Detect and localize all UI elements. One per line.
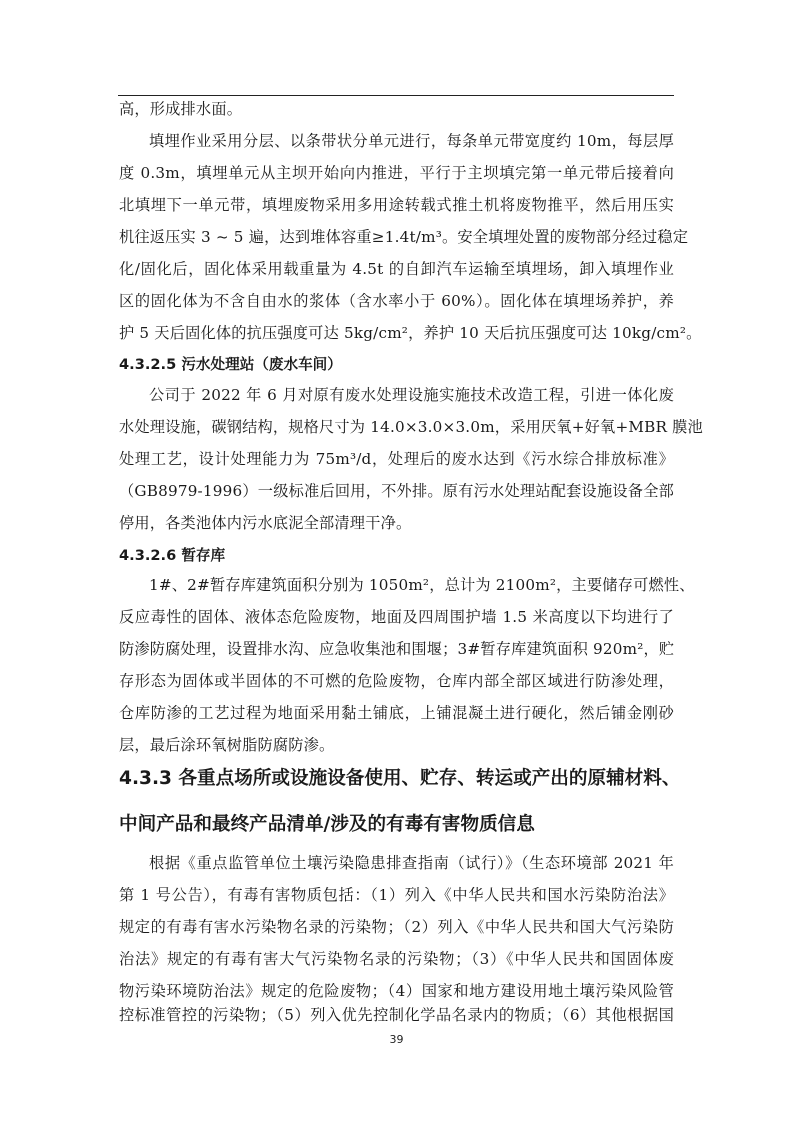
paragraph-line: （GB8979-1996）一级标准后回用，不外排。原有污水处理站配套设施设备全部 [119, 481, 674, 501]
section-heading-4-3-3: 4.3.3 各重点场所或设施设备使用、贮存、转运或产出的原辅材料、 [119, 767, 679, 791]
paragraph-line: 处理工艺，设计处理能力为 75m³/d，处理后的废水达到《污水综合排放标准》 [119, 449, 674, 469]
paragraph-line: 机往返压实 3 ~ 5 遍，达到堆体容重≥1.4t/m³。安全填埋处置的废物部分… [119, 227, 674, 247]
paragraph-line: 停用，各类池体内污水底泥全部清理干净。 [119, 513, 674, 533]
paragraph-line: 仓库防渗的工艺过程为地面采用黏土铺底，上铺混凝土进行硬化，然后铺金刚砂 [119, 703, 674, 723]
paragraph-line: 物污染环境防治法》规定的危险废物；（4）国家和地方建设用地土壤污染风险管 [119, 981, 674, 1001]
section-heading-4-3-2-6: 4.3.2.6 暂存库 [119, 546, 225, 566]
document-page: 高，形成排水面。 填埋作业采用分层、以条带状分单元进行，每条单元带宽度约 10m… [0, 0, 793, 1122]
paragraph-line: 根据《重点监管单位土壤污染隐患排查指南（试行）》（生态环境部 2021 年 [149, 853, 674, 873]
paragraph-line: 防渗防腐处理，设置排水沟、应急收集池和围堰；3#暂存库建筑面积 920m²，贮 [119, 639, 674, 659]
paragraph-line: 1#、2#暂存库建筑面积分别为 1050m²，总计为 2100m²，主要储存可燃… [149, 575, 674, 595]
paragraph-line: 区的固化体为不含自由水的浆体（含水率小于 60%）。固化体在填埋场养护，养 [119, 291, 674, 311]
paragraph-line: 治法》规定的有毒有害大气污染物名录的污染物；（3）《中华人民共和国固体废 [119, 949, 674, 969]
paragraph-line: 规定的有毒有害水污染物名录的污染物；（2）列入《中华人民共和国大气污染防 [119, 917, 674, 937]
page-number: 39 [0, 1033, 793, 1046]
paragraph-line: 化/固化后，固化体采用载重量为 4.5t 的自卸汽车运输至填埋场，卸入填埋作业 [119, 259, 674, 279]
paragraph-line: 反应毒性的固体、液体态危险废物，地面及四周围护墙 1.5 米高度以下均进行了 [119, 607, 674, 627]
paragraph-line: 高，形成排水面。 [119, 99, 674, 119]
paragraph-line: 第 1 号公告），有毒有害物质包括：（1）列入《中华人民共和国水污染防治法》 [119, 885, 674, 905]
paragraph-line: 层，最后涂环氧树脂防腐防渗。 [119, 735, 674, 755]
paragraph-line: 存形态为固体或半固体的不可燃的危险废物，仓库内部全部区域进行防渗处理， [119, 671, 674, 691]
paragraph-line: 北填埋下一单元带，填埋废物采用多用途转载式推土机将废物推平，然后用压实 [119, 195, 674, 215]
paragraph-line: 护 5 天后固化体的抗压强度可达 5kg/cm²，养护 10 天后抗压强度可达 … [119, 323, 674, 343]
paragraph-line: 水处理设施，碳钢结构，规格尺寸为 14.0×3.0×3.0m，采用厌氧+好氧+M… [119, 417, 674, 437]
header-rule [118, 95, 674, 96]
paragraph-line: 填埋作业采用分层、以条带状分单元进行，每条单元带宽度约 10m，每层厚 [149, 131, 674, 151]
section-heading-4-3-3-cont: 中间产品和最终产品清单/涉及的有毒有害物质信息 [119, 813, 679, 837]
paragraph-line: 控标准管控的污染物；（5）列入优先控制化学品名录内的物质；（6）其他根据国 [119, 1005, 674, 1025]
paragraph-line: 度 0.3m，填埋单元从主坝开始向内推进，平行于主坝填完第一单元带后接着向 [119, 163, 674, 183]
section-heading-4-3-2-5: 4.3.2.5 污水处理站（废水车间） [119, 355, 342, 375]
paragraph-line: 公司于 2022 年 6 月对原有废水处理设施实施技术改造工程，引进一体化废 [149, 385, 674, 405]
